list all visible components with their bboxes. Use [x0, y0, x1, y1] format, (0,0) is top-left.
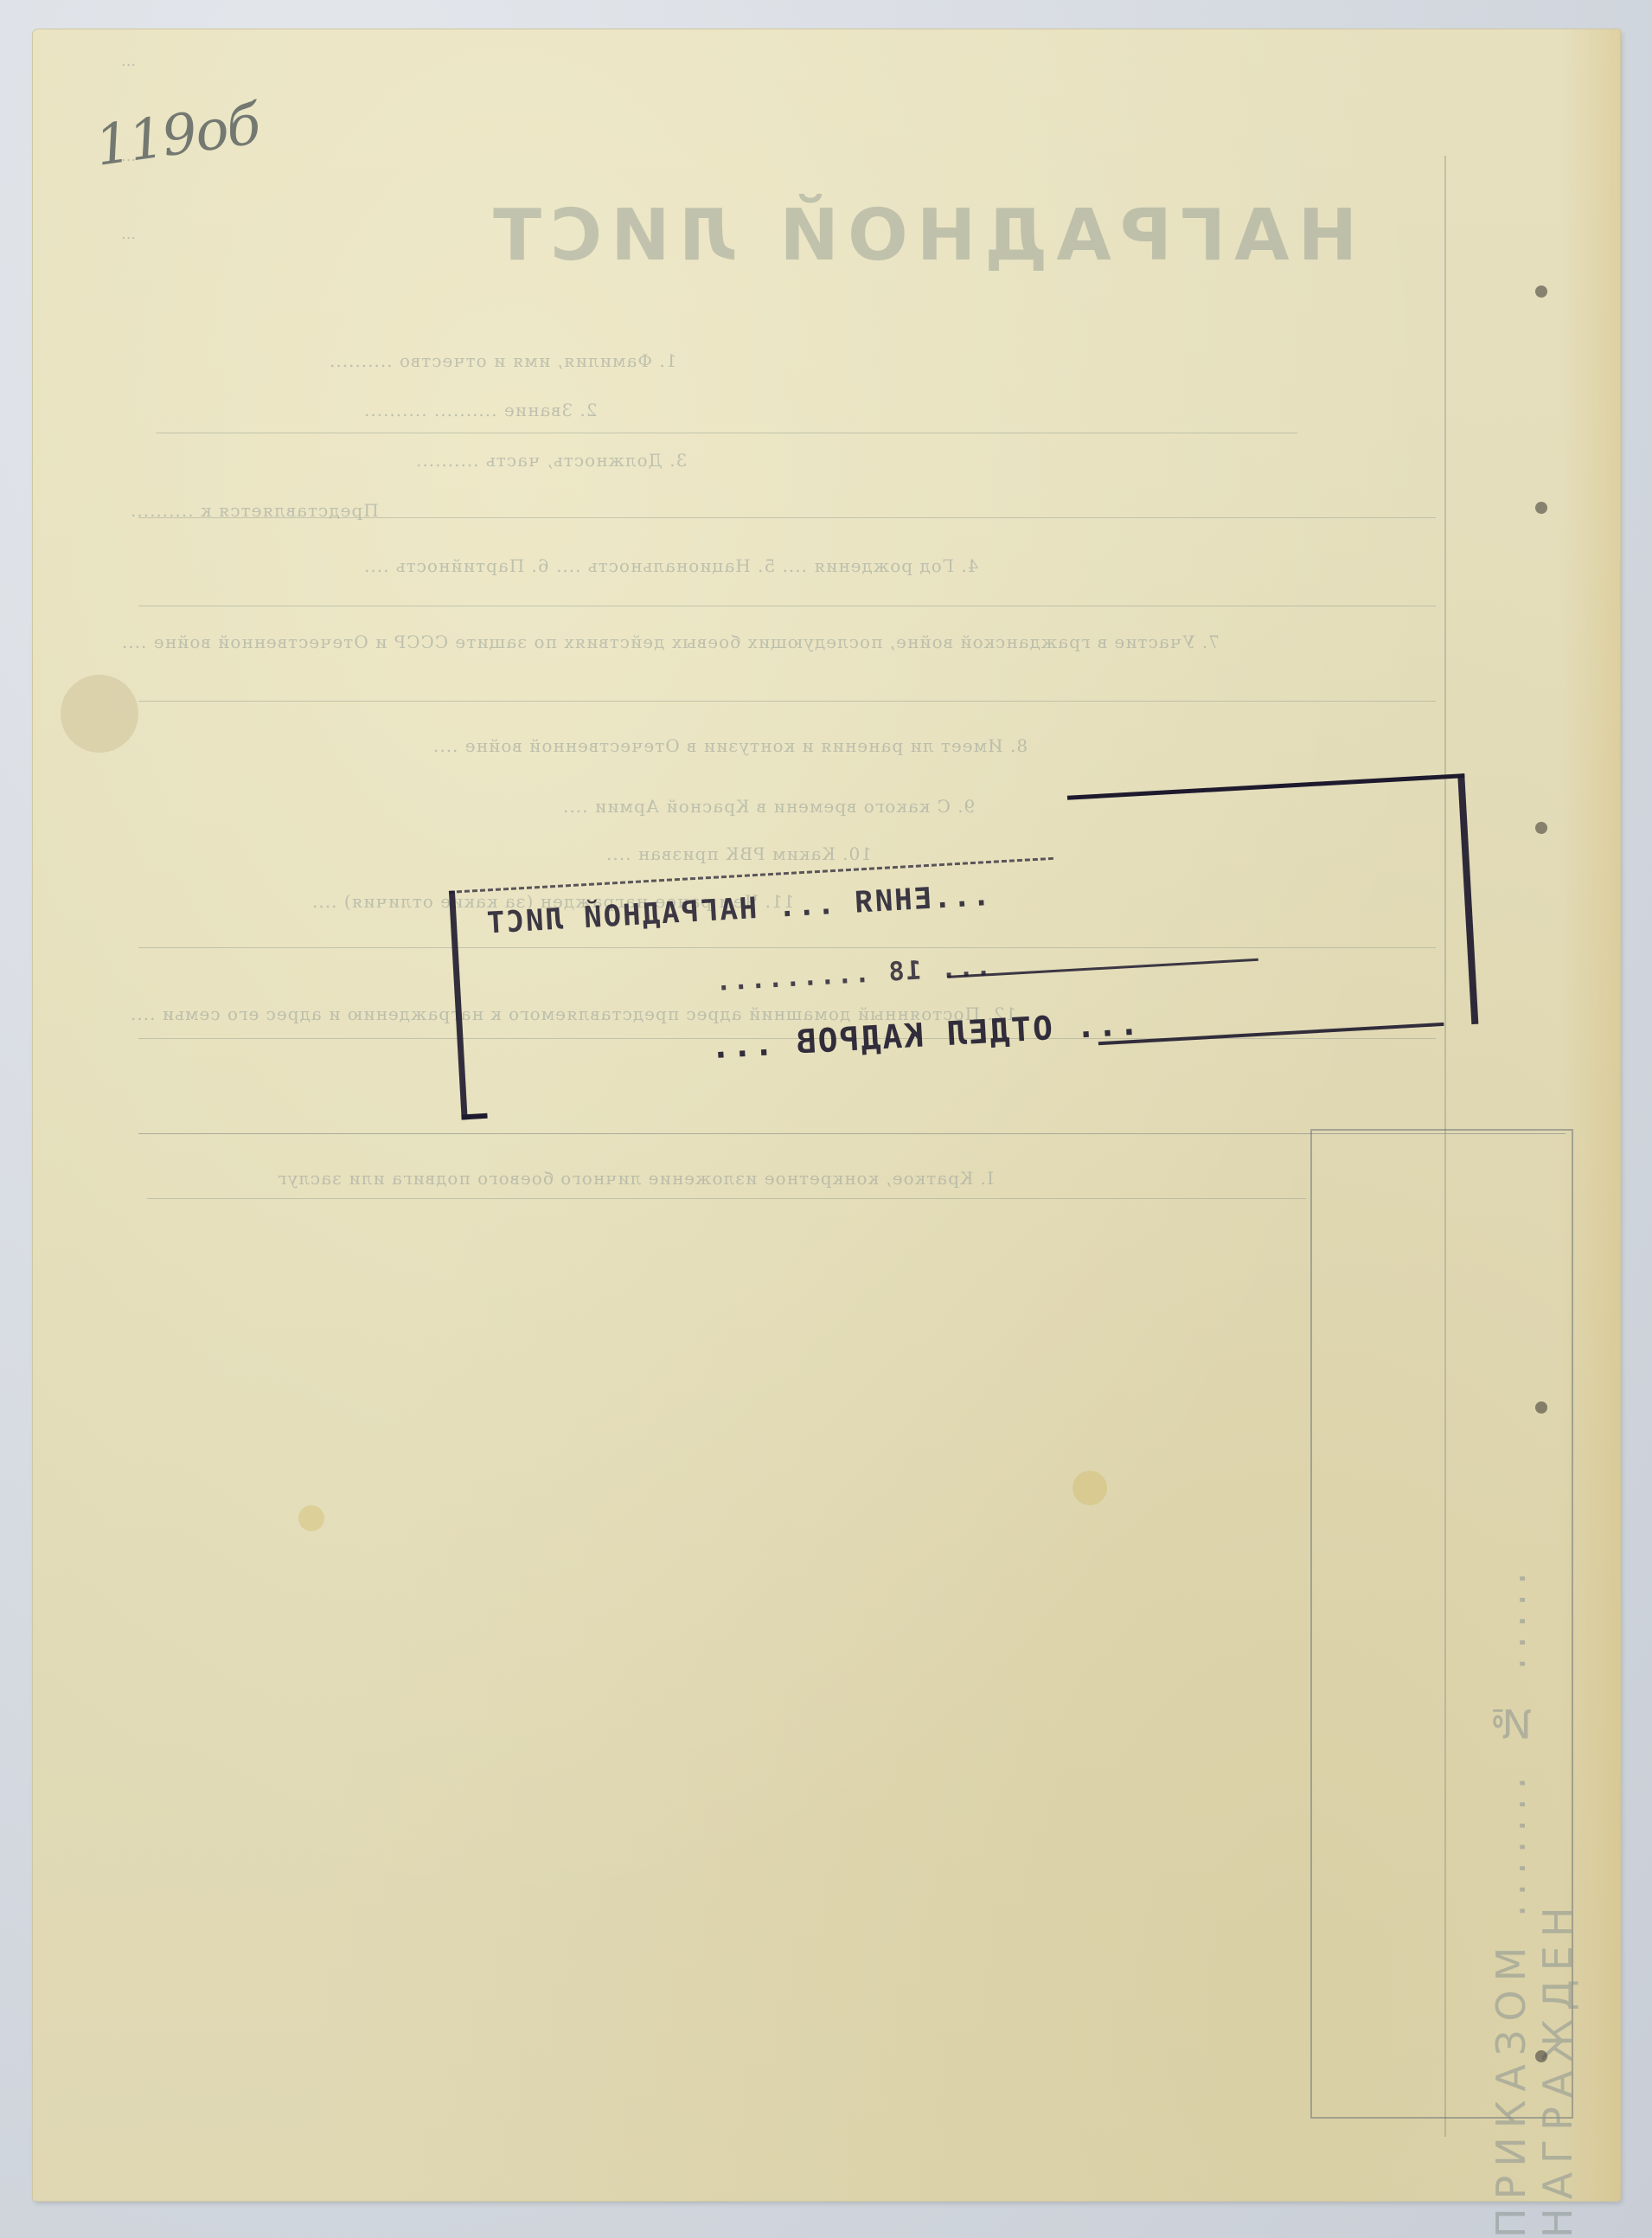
ink-stamp: ...ЕНИЯ ... НАГРАДНОЙ ЛИСТ ... 18 ......… [445, 773, 1481, 1119]
form-rule [138, 606, 1436, 606]
bleed-title: НАГРАДНОЙ ЛИСТ [484, 195, 1357, 277]
form-rule [156, 433, 1297, 433]
form-rule [138, 701, 1436, 702]
stamp-text-line-2: ... 18 ......... [713, 952, 991, 997]
form-rule [147, 1198, 1306, 1199]
bleed-form-line: 3. Должность, часть .......... [415, 450, 687, 471]
stamp-text-line-3: ... ОТДЕЛ КАДРОВ ... [708, 1004, 1139, 1067]
punch-hole [1535, 2050, 1547, 2062]
punch-hole [1535, 1401, 1547, 1414]
paper-stain [61, 675, 138, 753]
stamp-fill-line [947, 959, 1258, 978]
stamp-border-bottom-line [1098, 1023, 1444, 1045]
bleed-corner-line: ... [121, 225, 136, 243]
bleed-form-line: 7. Участие в гражданской войне, последую… [121, 632, 1220, 652]
bleed-form-line: I. Краткое, конкретное изложение личного… [277, 1168, 994, 1189]
bleed-corner-line: ... [121, 52, 136, 70]
paper-stain [1073, 1471, 1107, 1505]
bleed-form-line: 8. Имеет ли ранения и контузии в Отечест… [432, 735, 1028, 756]
bleed-form-line: 4. Год рождения .... 5. Национальность .… [363, 555, 978, 576]
paper-stain [298, 1505, 324, 1531]
punch-hole [1535, 285, 1547, 298]
bleed-form-line: 2. Звание .......... .......... [363, 400, 597, 420]
bleed-corner-line: ... [121, 147, 136, 165]
punch-hole [1535, 822, 1547, 834]
punch-hole [1535, 502, 1547, 514]
bleed-side-text: ПРИКАЗОМ ....... № ..... НАГРАЖДЕН [1488, 1211, 1581, 2238]
bleed-form-line: 1. Фамилия, имя и отчество .......... [329, 350, 676, 371]
form-rule [138, 517, 1436, 518]
